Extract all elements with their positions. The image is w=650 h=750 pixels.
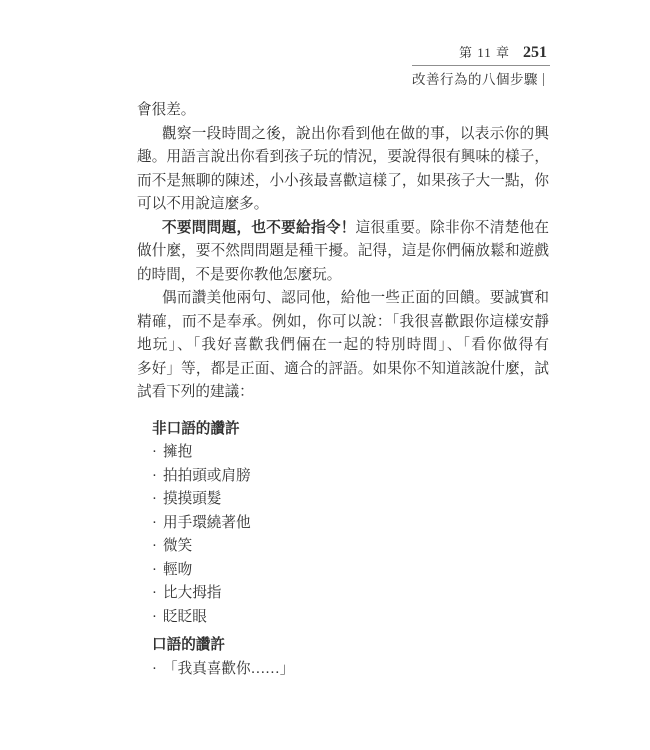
body-line: 偶而讚美他兩句、認同他，給他一些正面的回饋。要誠實和 (137, 287, 549, 311)
bullet-item: ·輕吻 (137, 559, 549, 583)
body-line: 觀察一段時間之後，說出你看到他在做的事，以表示你的興 (137, 123, 549, 147)
body-line: 趣。用語言說出你看到孩子玩的情況，要說得很有興味的樣子， (137, 146, 549, 170)
page-header: 第 11 章 251 改善行為的八個步驟 (412, 42, 550, 88)
book-page: 第 11 章 251 改善行為的八個步驟 會很差。觀察一段時間之後，說出你看到他… (0, 0, 650, 750)
paragraph: 會很差。 (137, 99, 549, 123)
bullet-dot-icon: · (152, 465, 163, 489)
header-bottom-row: 改善行為的八個步驟 (412, 66, 550, 88)
section-heading: 口語的讚許 (137, 634, 549, 658)
body-line: 地玩」、「我好喜歡我們倆在一起的特別時間」、「看你做得有 (137, 334, 549, 358)
bullet-item-label: 比大拇指 (163, 582, 221, 606)
body-line: 不要問問題，也不要給指令！這很重要。除非你不清楚他在 (137, 217, 549, 241)
bullet-dot-icon: · (152, 441, 163, 465)
bullet-list: ·擁抱·拍拍頭或肩膀·摸摸頭髮·用手環繞著他·微笑·輕吻·比大拇指·眨眨眼 (137, 441, 549, 629)
body-text: 會很差。觀察一段時間之後，說出你看到他在做的事，以表示你的興趣。用語言說出你看到… (137, 99, 549, 681)
bullet-item-label: 拍拍頭或肩膀 (163, 465, 251, 489)
bullet-list: ·「我真喜歡你……」 (137, 658, 549, 682)
bullet-item-label: 「我真喜歡你……」 (163, 658, 294, 682)
bullet-dot-icon: · (152, 512, 163, 536)
header-top-row: 第 11 章 251 (412, 42, 550, 66)
paragraph: 觀察一段時間之後，說出你看到他在做的事，以表示你的興趣。用語言說出你看到孩子玩的… (137, 123, 549, 217)
bullet-item: ·擁抱 (137, 441, 549, 465)
bullet-item-label: 輕吻 (163, 559, 192, 583)
bullet-item: ·拍拍頭或肩膀 (137, 465, 549, 489)
chapter-label: 第 11 章 (459, 42, 510, 61)
bullet-item: ·眨眨眼 (137, 606, 549, 630)
body-line: 多好」等，都是正面、適合的評語。如果你不知道該說什麼，試 (137, 358, 549, 382)
bullet-dot-icon: · (152, 606, 163, 630)
title-divider-bar (543, 73, 544, 86)
body-line: 精確，而不是奉承。例如，你可以說：「我很喜歡跟你這樣安靜 (137, 311, 549, 335)
bullet-item: ·摸摸頭髮 (137, 488, 549, 512)
bullet-item-label: 用手環繞著他 (163, 512, 251, 536)
paragraph: 不要問問題，也不要給指令！這很重要。除非你不清楚他在做什麼，要不然問問題是種干擾… (137, 217, 549, 288)
bullet-item: ·比大拇指 (137, 582, 549, 606)
bullet-dot-icon: · (152, 535, 163, 559)
body-line: 試看下列的建議： (137, 381, 549, 405)
bullet-item-label: 擁抱 (163, 441, 192, 465)
bold-text: 不要問問題，也不要給指令！ (162, 220, 356, 236)
body-line: 的時間，不是要你教他怎麼玩。 (137, 264, 549, 288)
bullet-item: ·微笑 (137, 535, 549, 559)
bullet-dot-icon: · (152, 658, 163, 682)
bullet-item: ·「我真喜歡你……」 (137, 658, 549, 682)
page-number: 251 (523, 44, 547, 62)
bullet-item: ·用手環繞著他 (137, 512, 549, 536)
bullet-dot-icon: · (152, 582, 163, 606)
body-line: 而不是無聊的陳述，小小孩最喜歡這樣了，如果孩子大一點，你 (137, 170, 549, 194)
section-heading: 非口語的讚許 (137, 418, 549, 442)
body-line: 做什麼，要不然問問題是種干擾。記得，這是你們倆放鬆和遊戲 (137, 240, 549, 264)
body-line: 可以不用說這麼多。 (137, 193, 549, 217)
bullet-item-label: 摸摸頭髮 (163, 488, 221, 512)
paragraph: 偶而讚美他兩句、認同他，給他一些正面的回饋。要誠實和精確，而不是奉承。例如，你可… (137, 287, 549, 405)
bullet-dot-icon: · (152, 488, 163, 512)
bullet-dot-icon: · (152, 559, 163, 583)
bullet-item-label: 眨眨眼 (163, 606, 207, 630)
bullet-item-label: 微笑 (163, 535, 192, 559)
body-line: 會很差。 (137, 99, 549, 123)
chapter-title: 改善行為的八個步驟 (412, 68, 538, 88)
